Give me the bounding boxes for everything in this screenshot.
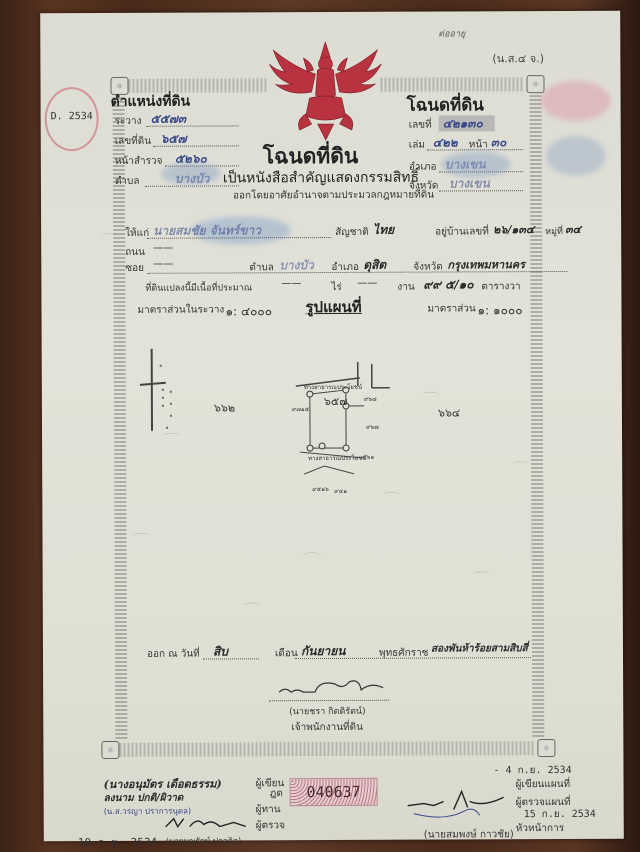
border-left [113,97,128,739]
officer-name: (นายชรา กิตติรัตน์) [289,704,365,718]
map-title: รูปแผนที่ [305,295,361,319]
officer-signature [275,676,395,701]
survey-page-label: หน้าสำรวจ [115,154,163,169]
mark-1: ๙๗๑๕ [292,404,309,414]
field-line [439,190,523,191]
mark-3: ๙๖๗ [366,422,379,432]
ngan-label: งาน [397,280,414,295]
mark-5: ๙๕๑๖ [312,484,329,494]
form-number: (น.ส.๔ จ.) [492,49,544,67]
paper-fiber [422,392,440,399]
parcel-number: ๖๕๗ [324,392,348,410]
scale-right-label: มาตราส่วน [427,301,475,316]
subtitle: เป็นหนังสือสำคัญแสดงกรรมสิทธิ์ [223,167,419,190]
checker-role: ผู้ตรวจ [256,818,285,833]
issue-year: สองพันห้าร้อยสามสิบสี่ [431,641,528,656]
mark-6: ๙๔๑ [334,486,347,496]
paper-fiber [243,602,261,609]
north-arrow-icon [140,345,180,441]
subtitle-authority: ออกโดยอาศัยอำนาจตามประมวลกฎหมายที่ดิน [233,188,434,204]
rai-label: ไร่ [331,280,341,295]
right-date-stamp-2: 15 ก.ย. 2534 [524,807,596,822]
top-note: ต่ออายุ [438,26,465,40]
address-label: อยู่บ้านเลขที่ [435,224,489,239]
head-signature [404,787,524,824]
officer-title: เจ้าพนักงานที่ดิน [291,720,363,735]
parcel-no-label: เลขที่ดิน [115,134,151,149]
serial-number: 040637 [290,778,378,806]
wa-value: ๙๙ ๕/๑๐ [423,275,473,294]
rai-value: —— [281,278,301,289]
area-label: ที่ดินแปลงนี้มีเนื้อที่ประมาณ [145,280,252,294]
serial-label: ฎด [270,786,283,801]
scale-left-value: ๑: ๔๐๐๐ [225,302,272,321]
signature-line [269,700,389,702]
map-sheet-label: ระวาง [115,114,142,129]
checker-signature [164,814,254,832]
border-corner-ornament [526,75,544,93]
scale-right-value: ๑: ๑๐๐๐ [477,301,522,320]
field-line [147,125,239,126]
garuda-emblem-icon [265,40,385,146]
paper-fiber [512,461,530,468]
ink-smudge [161,162,221,184]
map-writer-role: ผู้เขียนแผนที่ [516,777,571,792]
left-date-stamp: 10 ก.ย. 2534 [78,833,157,851]
moo-value: ๓๔ [565,220,581,238]
soi-label: ซอย [125,261,144,276]
land-title-deed: ต่ออายุ (น.ส.๔ จ.) ตำแหน่งที่ดิน ระวาง ๕… [40,11,624,842]
border-corner-ornament [101,741,119,759]
nationality-value: ไทย [373,221,394,240]
mark-4: ๙๖๑ [362,452,374,462]
checker-name: (นายบุญรัตน์ ปกอดิต) [166,834,241,847]
field-line [427,149,523,150]
road-value: —— [153,243,173,254]
head-name: (นายสมพงษ์ กาวชัย) [424,827,514,842]
border-corner-ornament [537,739,555,757]
paper-fiber [382,492,400,499]
ink-smudge [546,136,606,176]
left-parcel-number: ๖๖๒ [214,398,235,416]
pink-stain [540,81,610,121]
paper-fiber [473,571,491,578]
border-right [530,95,545,737]
volume-label: เล่ม [409,138,425,153]
scale-left-label: มาตราส่วนในระวาง [137,302,224,317]
address-number: ๒๖/๑๓๔ [493,220,534,238]
road-bottom-label: ทางสาธารณประโยชน์ [308,453,366,463]
road-top-label: ทางสาธารณประโยชน์ [304,382,362,392]
border-top-right [380,77,524,92]
ink-smudge [441,151,511,177]
right-parcel-number: ๖๖๔ [438,403,460,421]
road-label: ถนน [125,245,145,260]
moo-label: หมู่ที่ [545,224,563,238]
tambon-label: ตำบล [115,174,140,189]
surveyor-note: ลงนาม ปกติ/ผิวาด [104,791,184,806]
surveyor-role: ผู้ทาน [256,802,281,817]
wa-label: ตารางวา [481,279,520,294]
paper-fiber [132,533,150,540]
owner-to-label: ให้แก่ [125,226,149,241]
issued-label: ออก ณ วันที่ [147,647,200,662]
margin-stamp: D. 2534 [51,111,93,122]
deed-number-label: เลขที่ [409,118,432,133]
right-date-stamp: - 4 ก.ย. 2534 [493,763,571,778]
field-line [153,145,239,146]
border-bottom [119,741,535,757]
ngan-value: —— [357,278,377,289]
head-role: หัวหน้าการ [516,821,564,836]
nationality-label: สัญชาติ [335,225,369,240]
soi-value: —— [153,259,173,270]
mark-2: ๙๖๘ [364,394,377,404]
paper-fiber [303,552,321,559]
deed-number-value: ๔๒๑๓๐ [443,114,483,133]
field-line [203,658,259,659]
